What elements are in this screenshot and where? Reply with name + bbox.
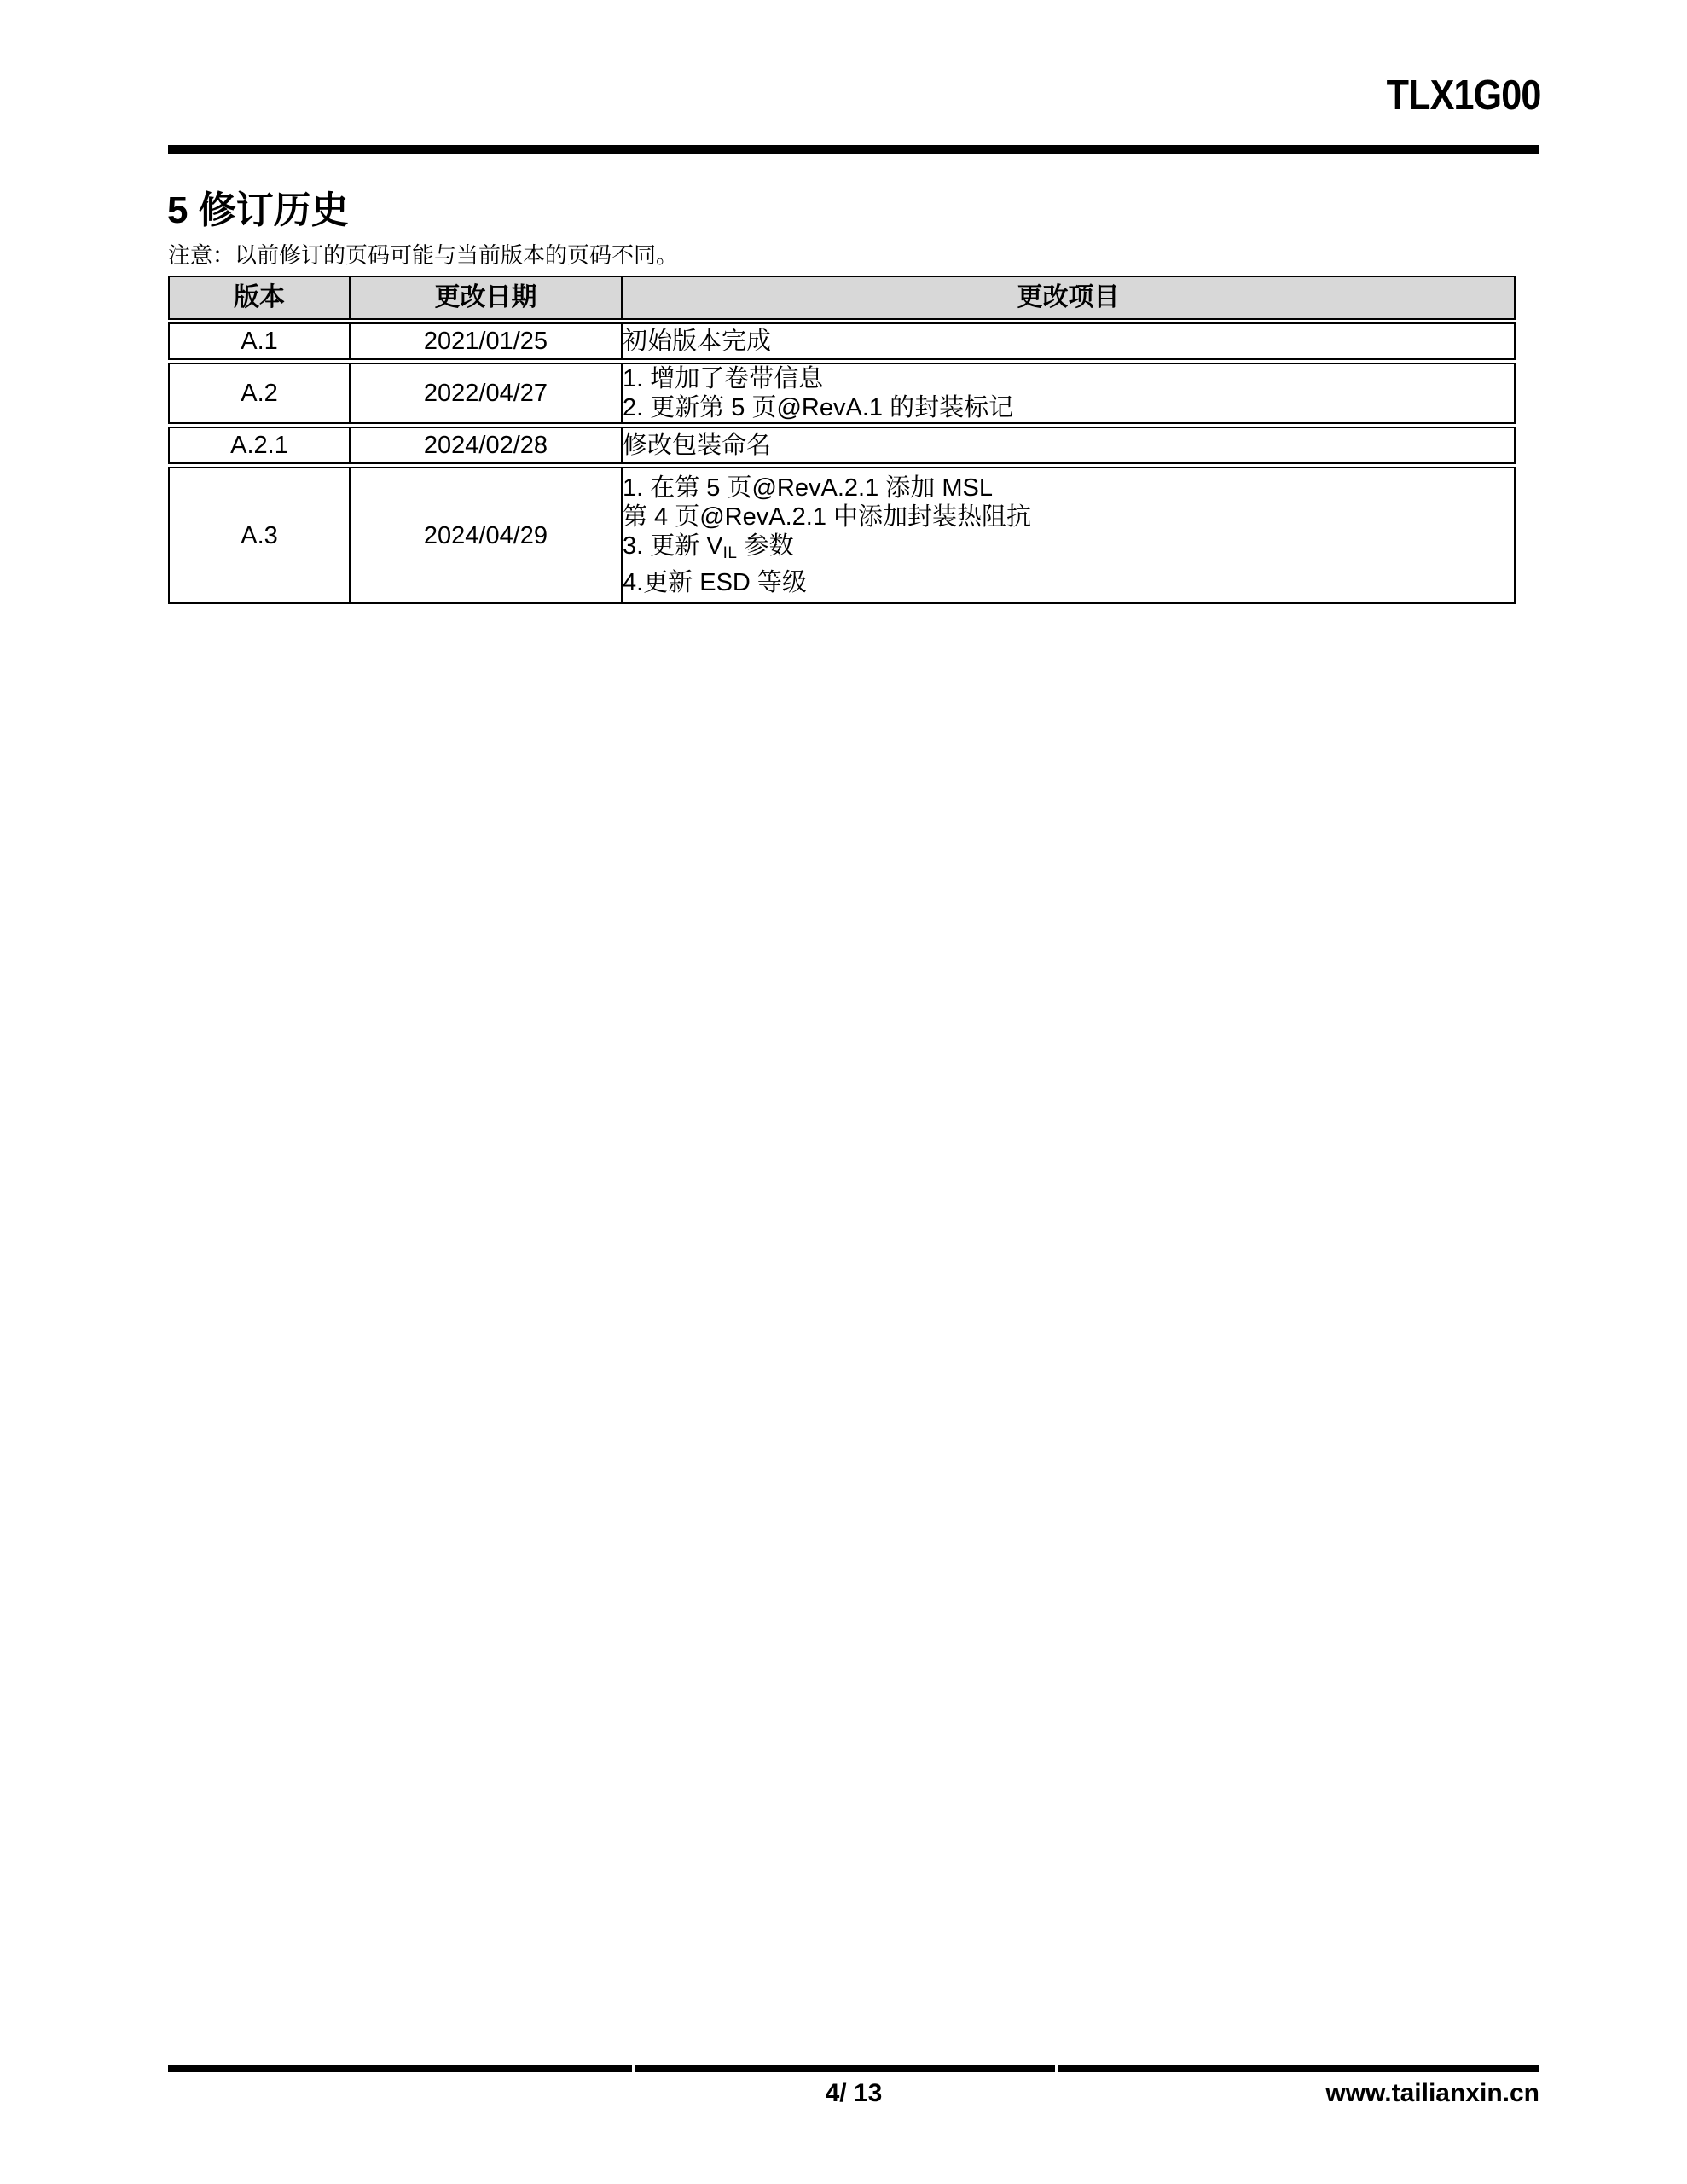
items-cell: 1. 在第 5 页@RevA.2.1 添加 MSL 第 4 页@RevA.2.1… [623, 467, 1516, 604]
change-item-text: 3. 更新 V [623, 532, 723, 560]
date-cell: 2021/01/25 [351, 322, 623, 360]
change-item: 3. 更新 VIL 参数 [623, 531, 1514, 568]
change-item: 1. 在第 5 页@RevA.2.1 添加 MSL [623, 473, 1514, 502]
subscript-text: IL [723, 544, 738, 562]
change-item: 1. 增加了卷带信息 [623, 364, 1514, 393]
footer-rule-segment [168, 2065, 632, 2072]
change-item: 4.更新 ESD 等级 [623, 568, 1514, 597]
items-cell: 修改包装命名 [623, 427, 1516, 464]
footer-rule [168, 2065, 1539, 2072]
date-cell: 2022/04/27 [351, 363, 623, 424]
table-row: A.2.1 2024/02/28 修改包装命名 [168, 427, 1516, 464]
change-item: 修改包装命名 [623, 431, 1514, 460]
section-heading: 5 修订历史 [167, 189, 349, 233]
revision-note: 注意：以前修订的页码可能与当前版本的页码不同。 [168, 242, 678, 269]
header-rule [168, 145, 1539, 154]
datasheet-page: TLX1G00 5 修订历史 注意：以前修订的页码可能与当前版本的页码不同。 版… [0, 0, 1687, 2184]
date-cell: 2024/02/28 [351, 427, 623, 464]
table-row: A.2 2022/04/27 1. 增加了卷带信息 2. 更新第 5 页@Rev… [168, 363, 1516, 424]
footer-rule-segment [1058, 2065, 1539, 2072]
revision-history-table: 版本 更改日期 更改项目 A.1 2021/01/25 初始版本完成 A.2 2… [168, 273, 1516, 607]
change-item: 第 4 页@RevA.2.1 中添加封装热阻抗 [623, 502, 1514, 531]
column-header-version: 版本 [168, 276, 351, 320]
items-cell: 1. 增加了卷带信息 2. 更新第 5 页@RevA.1 的封装标记 [623, 363, 1516, 424]
version-cell: A.3 [168, 467, 351, 604]
version-cell: A.2 [168, 363, 351, 424]
footer-rule-segment [635, 2065, 1055, 2072]
table-row: A.3 2024/04/29 1. 在第 5 页@RevA.2.1 添加 MSL… [168, 467, 1516, 604]
document-title: TLX1G00 [1386, 72, 1540, 119]
change-item: 初始版本完成 [623, 327, 1514, 356]
items-cell: 初始版本完成 [623, 322, 1516, 360]
table-row: A.1 2021/01/25 初始版本完成 [168, 322, 1516, 360]
change-item: 2. 更新第 5 页@RevA.1 的封装标记 [623, 393, 1514, 422]
version-cell: A.1 [168, 322, 351, 360]
version-cell: A.2.1 [168, 427, 351, 464]
website-link[interactable]: www.tailianxin.cn [1325, 2079, 1539, 2108]
table-header-row: 版本 更改日期 更改项目 [168, 276, 1516, 320]
column-header-date: 更改日期 [351, 276, 623, 320]
column-header-items: 更改项目 [623, 276, 1516, 320]
date-cell: 2024/04/29 [351, 467, 623, 604]
change-item-text: 参数 [738, 532, 794, 560]
